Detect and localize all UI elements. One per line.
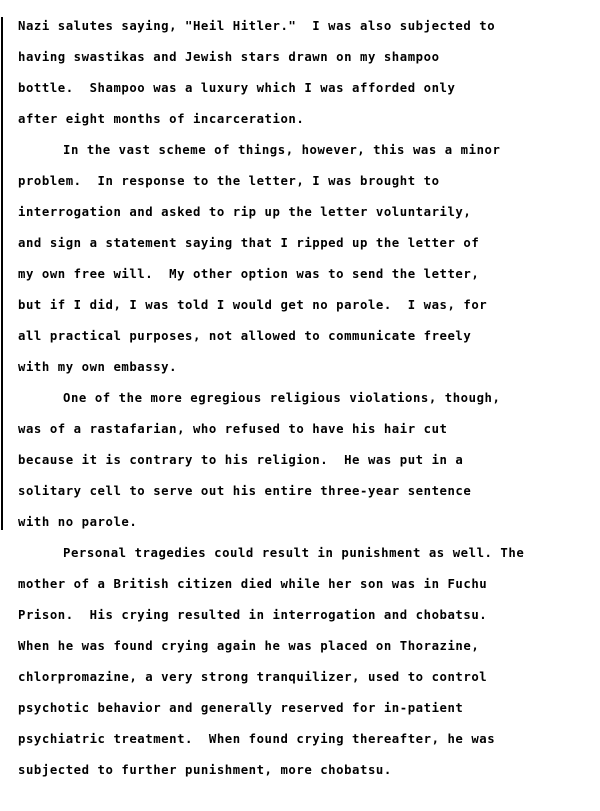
text-line: all practical purposes, not allowed to c… <box>18 325 600 356</box>
text-line: interrogation and asked to rip up the le… <box>18 201 600 232</box>
text-line: was of a rastafarian, who refused to hav… <box>18 418 600 449</box>
text-line: One of the more egregious religious viol… <box>18 387 600 418</box>
text-line: my own free will. My other option was to… <box>18 263 600 294</box>
text-line: because it is contrary to his religion. … <box>18 449 600 480</box>
text-line: with my own embassy. <box>18 356 600 387</box>
text-line: chlorpromazine, a very strong tranquiliz… <box>18 666 600 697</box>
text-line: but if I did, I was told I would get no … <box>18 294 600 325</box>
text-line: When he was found crying again he was pl… <box>18 635 600 666</box>
text-line: In the vast scheme of things, however, t… <box>18 139 600 170</box>
text-line: psychotic behavior and generally reserve… <box>18 697 600 728</box>
text-line: after eight months of incarceration. <box>18 108 600 139</box>
revision-margin-bar <box>1 17 3 530</box>
text-line: problem. In response to the letter, I wa… <box>18 170 600 201</box>
text-line: with no parole. <box>18 511 600 542</box>
text-line: having swastikas and Jewish stars drawn … <box>18 46 600 77</box>
document-page: Nazi salutes saying, "Heil Hitler." I wa… <box>18 15 600 790</box>
text-line: solitary cell to serve out his entire th… <box>18 480 600 511</box>
text-line: Nazi salutes saying, "Heil Hitler." I wa… <box>18 15 600 46</box>
text-line: Personal tragedies could result in punis… <box>18 542 600 573</box>
text-line: and sign a statement saying that I rippe… <box>18 232 600 263</box>
text-line: Prison. His crying resulted in interroga… <box>18 604 600 635</box>
text-line: mother of a British citizen died while h… <box>18 573 600 604</box>
text-line: subjected to further punishment, more ch… <box>18 759 600 790</box>
text-line: bottle. Shampoo was a luxury which I was… <box>18 77 600 108</box>
text-line: psychiatric treatment. When found crying… <box>18 728 600 759</box>
